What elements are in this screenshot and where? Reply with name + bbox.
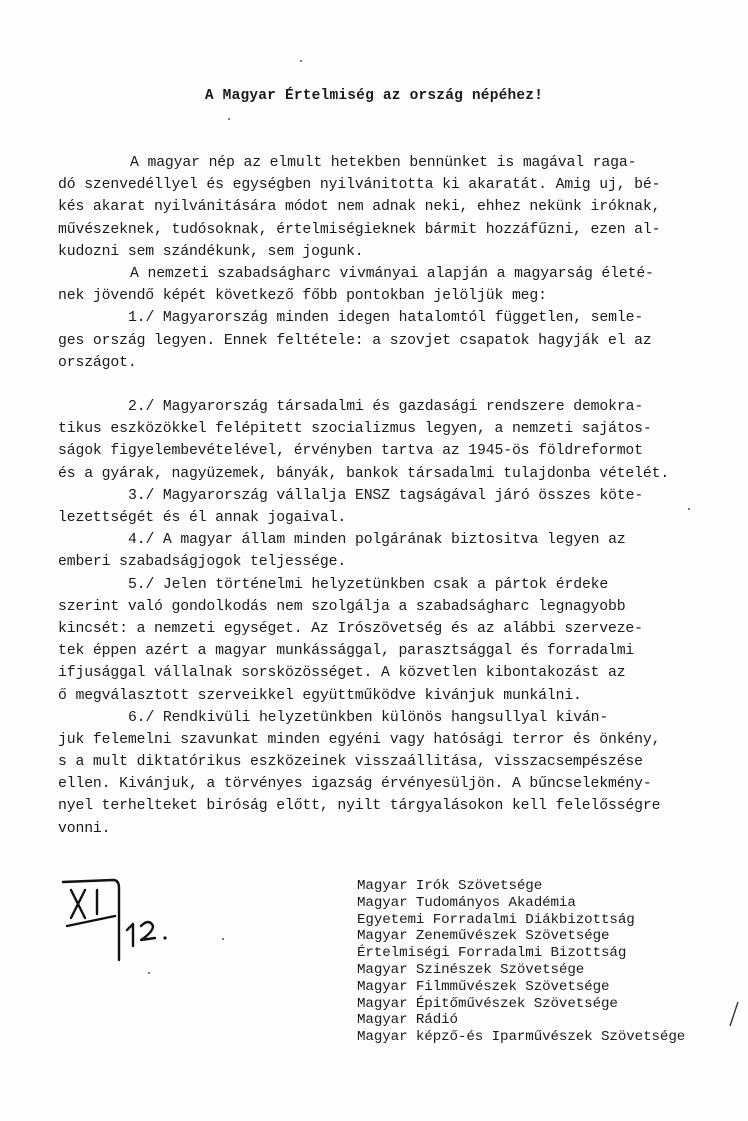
text-line: ő megválasztott szerveikkel együttműködv… xyxy=(58,685,730,707)
paragraph-point-5: 5./ Jelen történelmi helyzetünkben csak … xyxy=(58,574,730,707)
handwritten-date-annotation xyxy=(55,868,185,968)
paper-speck xyxy=(300,60,302,62)
paragraph-intro: A magyar nép az elmult hetekben bennünke… xyxy=(58,152,730,263)
signatories-list: Magyar Irók Szövetsége Magyar Tudományos… xyxy=(357,878,685,1046)
text-line: tikus eszközökkel felépitett szocializmu… xyxy=(58,418,730,440)
text-line: kudozni sem szándékunk, sem jogunk. xyxy=(58,241,730,263)
text-line: nyel terhelteket biróság előtt, nyilt tá… xyxy=(58,795,730,817)
text-line: nek jövendő képét következő főbb pontokb… xyxy=(58,285,730,307)
signatory: Magyar Irók Szövetsége xyxy=(357,878,685,895)
text-line: 2./ Magyarország társadalmi és gazdasági… xyxy=(58,396,730,418)
text-line: és a gyárak, nagyüzemek, bányák, bankok … xyxy=(58,463,730,485)
text-line: emberi szabadságjogok teljessége. xyxy=(58,551,730,573)
signatory: Magyar Épitőművészek Szövetsége xyxy=(357,996,685,1013)
text-line: művészeknek, tudósoknak, értelmiségiekne… xyxy=(58,219,730,241)
text-line: 6./ Rendkivüli helyzetünkben különös han… xyxy=(58,707,730,729)
handwritten-date-mark xyxy=(55,868,185,968)
paragraph-point-6: 6./ Rendkivüli helyzetünkben különös han… xyxy=(58,707,730,840)
text-line: 4./ A magyar állam minden polgárának biz… xyxy=(58,529,730,551)
text-line: ságok figyelembevételével, érvényben tar… xyxy=(58,440,730,462)
text-line: juk felemelni szavunkat minden egyéni va… xyxy=(58,729,730,751)
text-line: A magyar nép az elmult hetekben bennünke… xyxy=(58,152,730,174)
text-line: kincsét: a nemzeti egységet. Az Irószöve… xyxy=(58,618,730,640)
signatory: Magyar Tudományos Akadémia xyxy=(357,895,685,912)
paragraph-point-3: 3./ Magyarország vállalja ENSZ tagságáva… xyxy=(58,485,730,529)
paragraph-preamble: A nemzeti szabadságharc vivmányai alapjá… xyxy=(58,263,730,307)
document-title: A Magyar Értelmiség az ország népéhez! xyxy=(0,88,748,104)
text-line: ellen. Kivánjuk, a törvényes igazság érv… xyxy=(58,773,730,795)
text-line: 1./ Magyarország minden idegen hatalomtó… xyxy=(58,307,730,329)
signatory: Magyar Szinészek Szövetsége xyxy=(357,962,685,979)
text-line: A nemzeti szabadságharc vivmányai alapjá… xyxy=(58,263,730,285)
paper-speck xyxy=(148,972,150,974)
text-line: országot. xyxy=(58,352,730,374)
paper-speck xyxy=(228,118,230,120)
stray-pen-mark xyxy=(728,1000,740,1028)
text-line: 3./ Magyarország vállalja ENSZ tagságáva… xyxy=(58,485,730,507)
signatory: Értelmiségi Forradalmi Bizottság xyxy=(357,945,685,962)
text-line: ifjusággal vállalnak sorsközösséget. A k… xyxy=(58,662,730,684)
text-line: 5./ Jelen történelmi helyzetünkben csak … xyxy=(58,574,730,596)
signatory: Magyar Rádió xyxy=(357,1012,685,1029)
text-line: s a mult diktatórikus eszközeinek vissza… xyxy=(58,751,730,773)
paragraph-point-4: 4./ A magyar állam minden polgárának biz… xyxy=(58,529,730,573)
paragraph-point-2: 2./ Magyarország társadalmi és gazdasági… xyxy=(58,396,730,485)
text-line: ges ország legyen. Ennek feltétele: a sz… xyxy=(58,330,730,352)
text-line: dó szenvedéllyel és egységben nyilvánito… xyxy=(58,174,730,196)
document-body: A magyar nép az elmult hetekben bennünke… xyxy=(58,152,730,840)
signatory: Magyar Zeneművészek Szövetsége xyxy=(357,928,685,945)
blank-line xyxy=(58,374,730,396)
paper-speck xyxy=(688,508,690,510)
text-line: szerint való gondolkodás nem szolgálja a… xyxy=(58,596,730,618)
signatory: Magyar képző-és Iparművészek Szövetsége xyxy=(357,1029,685,1046)
text-line: kés akarat nyilvánitására módot nem adna… xyxy=(58,196,730,218)
text-line: vonni. xyxy=(58,818,730,840)
signatory: Egyetemi Forradalmi Diákbizottság xyxy=(357,912,685,929)
typewritten-document-page: A Magyar Értelmiség az ország népéhez! A… xyxy=(0,0,748,1121)
text-line: lezettségét és él annak jogaival. xyxy=(58,507,730,529)
paragraph-point-1: 1./ Magyarország minden idegen hatalomtó… xyxy=(58,307,730,374)
signatory: Magyar Filmművészek Szövetsége xyxy=(357,979,685,996)
text-line: tek éppen azért a magyar munkássággal, p… xyxy=(58,640,730,662)
paper-speck xyxy=(222,938,224,940)
